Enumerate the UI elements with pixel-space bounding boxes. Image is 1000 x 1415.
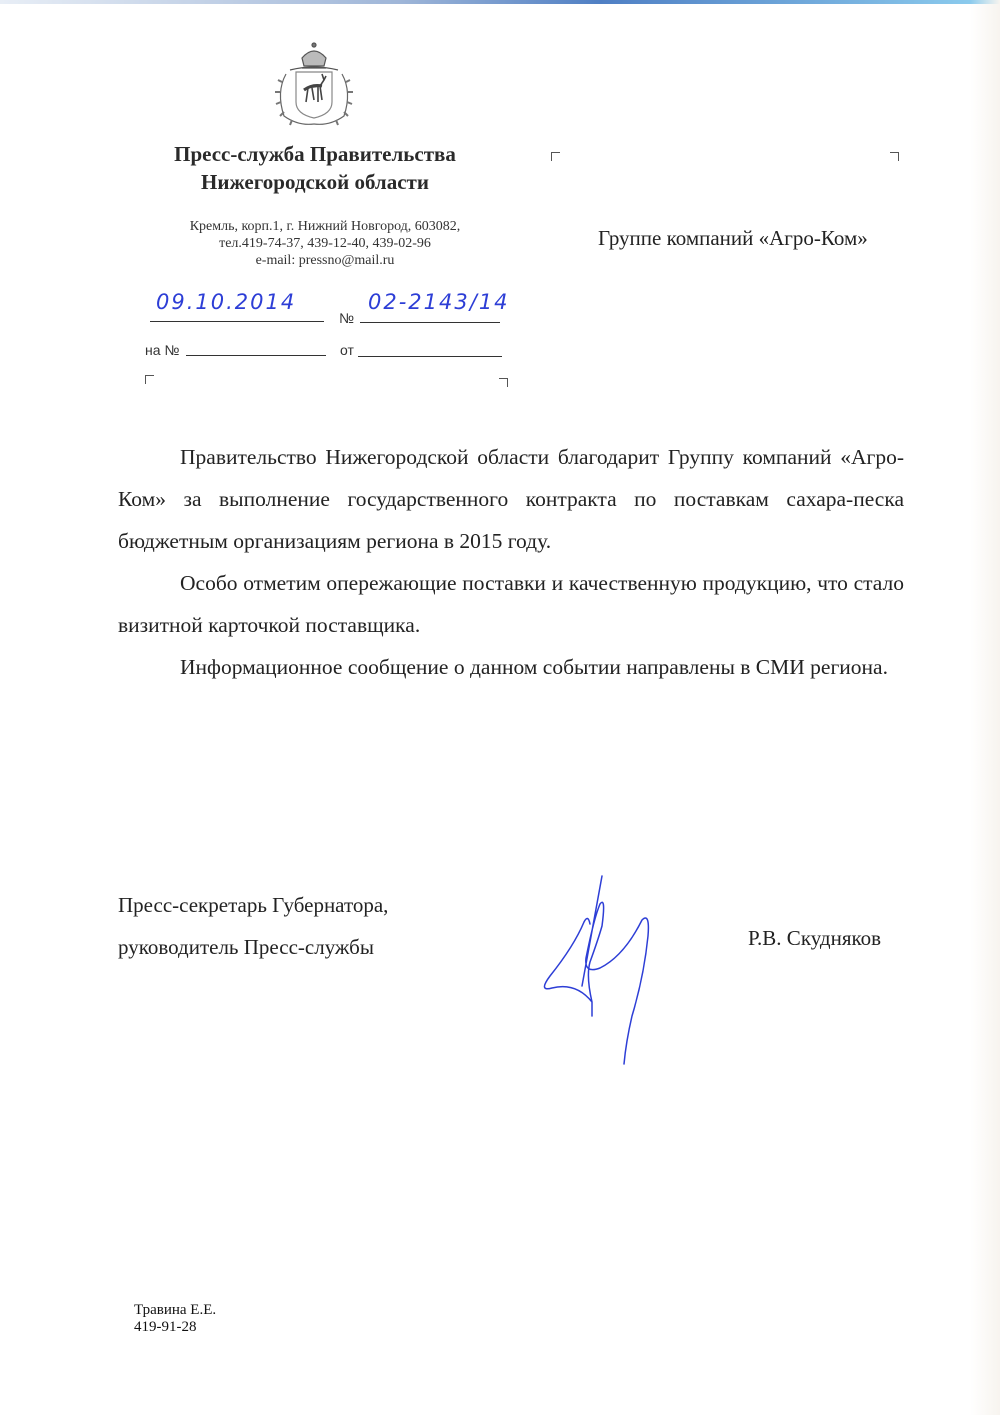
signer-name: Р.В. Скудняков [748, 926, 881, 951]
email-line: e-mail: pressno@mail.ru [150, 252, 500, 269]
executor-info: Травина Е.Е. 419-91-28 [134, 1302, 216, 1336]
in-reply-label: на № [145, 342, 179, 358]
organization-title-line1: Пресс-служба Правительства [130, 140, 500, 168]
body-paragraph: Особо отметим опережающие поставки и кач… [118, 562, 904, 646]
phone-line: тел.419-74-37, 439-12-40, 439-02-96 [150, 235, 500, 252]
signer-position-line1: Пресс-секретарь Губернатора, [118, 884, 388, 926]
in-reply-field-line [186, 355, 326, 356]
signer-position-line2: руководитель Пресс-службы [118, 926, 388, 968]
executor-phone: 419-91-28 [134, 1319, 216, 1336]
number-handwritten: 02-2143/14 [368, 290, 510, 314]
recipient: Группе компаний «Агро-Ком» [598, 226, 868, 251]
subject-corner-top-left [145, 375, 154, 384]
organization-address: Кремль, корп.1, г. Нижний Новгород, 6030… [150, 218, 500, 269]
date-handwritten: 09.10.2014 [156, 290, 296, 314]
subject-corner-top-right [499, 378, 508, 387]
scan-edge-right [970, 0, 1000, 1415]
address-line: Кремль, корп.1, г. Нижний Новгород, 6030… [150, 218, 500, 235]
body-paragraph: Информационное сообщение о данном событи… [118, 646, 904, 688]
date-field-line [150, 321, 324, 322]
organization-title: Пресс-служба Правительства Нижегородской… [130, 140, 500, 196]
recipient-corner-top-left [551, 152, 560, 161]
handwritten-signature-icon [530, 866, 670, 1071]
recipient-corner-top-right [890, 152, 899, 161]
coat-of-arms-icon [268, 40, 360, 130]
from-label: от [340, 342, 354, 358]
organization-title-line2: Нижегородской области [130, 168, 500, 196]
scan-edge-top [0, 0, 1000, 4]
letter-body: Правительство Нижегородской области благ… [118, 436, 904, 688]
executor-name: Травина Е.Е. [134, 1302, 216, 1319]
signer-position: Пресс-секретарь Губернатора, руководител… [118, 884, 388, 968]
number-label: № [339, 310, 354, 326]
body-paragraph: Правительство Нижегородской области благ… [118, 436, 904, 562]
from-field-line [358, 356, 502, 357]
number-field-line [360, 322, 500, 323]
